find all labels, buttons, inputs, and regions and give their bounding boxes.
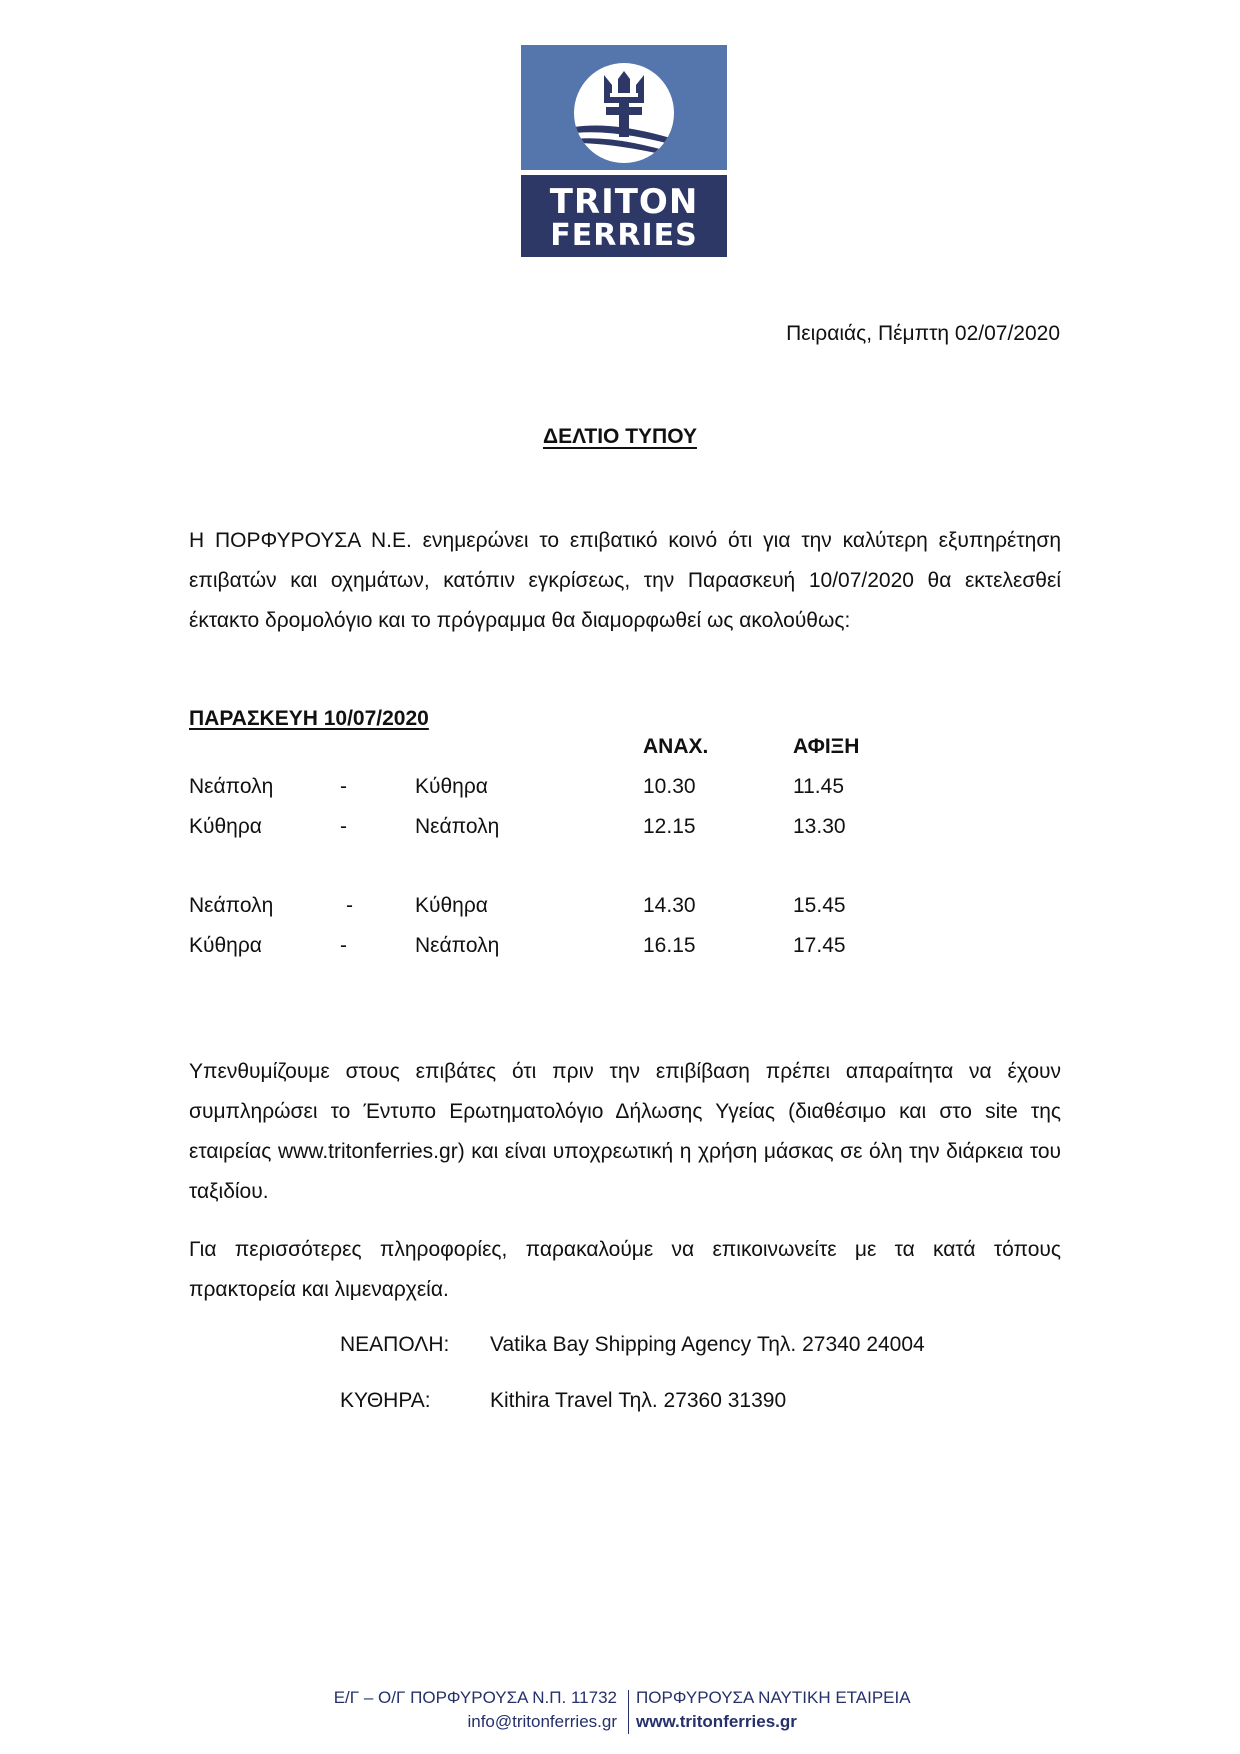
contact-label: ΝΕΑΠΟΛΗ: bbox=[340, 1333, 449, 1357]
route-from: Κύθηρα bbox=[189, 934, 262, 958]
column-header-departure: ΑΝΑΧ. bbox=[643, 735, 708, 759]
departure-time: 14.30 bbox=[643, 894, 696, 918]
departure-time: 12.15 bbox=[643, 815, 696, 839]
intro-text: Η ΠΟΡΦΥΡΟΥΣΑ Ν.Ε. ενημερώνει το επιβατικ… bbox=[189, 521, 1061, 641]
info-paragraph: Για περισσότερες πληροφορίες, παρακαλούμ… bbox=[189, 1230, 1061, 1310]
contact-label: ΚΥΘΗΡΑ: bbox=[340, 1389, 431, 1413]
route-separator: - bbox=[340, 775, 347, 799]
footer-website-link[interactable]: www.tritonferries.gr bbox=[636, 1712, 797, 1732]
route-separator: - bbox=[346, 894, 353, 918]
logo-wordmark: TRITON FERRIES bbox=[521, 185, 727, 251]
logo-emblem-circle bbox=[574, 63, 674, 163]
info-text: Για περισσότερες πληροφορίες, παρακαλούμ… bbox=[189, 1230, 1061, 1310]
logo-line-triton: TRITON bbox=[521, 185, 727, 219]
schedule-row: Νεάπολη - Κύθηρα 10.30 11.45 bbox=[0, 775, 1240, 815]
date-line: Πειραιάς, Πέμπτη 02/07/2020 bbox=[786, 322, 1060, 346]
contact-value: Kithira Travel Τηλ. 27360 31390 bbox=[490, 1389, 786, 1413]
arrival-time: 15.45 bbox=[793, 894, 846, 918]
route-separator: - bbox=[340, 934, 347, 958]
route-to: Κύθηρα bbox=[415, 894, 488, 918]
page-title: ΔΕΛΤΙΟ ΤΥΠΟΥ bbox=[0, 425, 1240, 449]
arrival-time: 13.30 bbox=[793, 815, 846, 839]
intro-paragraph: Η ΠΟΡΦΥΡΟΥΣΑ Ν.Ε. ενημερώνει το επιβατικ… bbox=[189, 521, 1061, 641]
schedule-heading: ΠΑΡΑΣΚΕΥΗ 10/07/2020 bbox=[189, 707, 429, 731]
route-from: Νεάπολη bbox=[189, 775, 273, 799]
column-header-arrival: ΑΦΙΞΗ bbox=[793, 735, 859, 759]
page-title-text: ΔΕΛΤΙΟ ΤΥΠΟΥ bbox=[543, 425, 697, 448]
arrival-time: 17.45 bbox=[793, 934, 846, 958]
footer-email-link[interactable]: info@tritonferries.gr bbox=[467, 1712, 617, 1732]
footer-divider bbox=[628, 1690, 629, 1734]
reminder-text: Υπενθυμίζουμε στους επιβάτες ότι πριν τη… bbox=[189, 1052, 1061, 1212]
schedule-heading-text: ΠΑΡΑΣΚΕΥΗ 10/07/2020 bbox=[189, 707, 429, 730]
arrival-time: 11.45 bbox=[793, 775, 844, 799]
contact-value: Vatika Bay Shipping Agency Τηλ. 27340 24… bbox=[490, 1333, 925, 1357]
logo-line-ferries: FERRIES bbox=[521, 221, 727, 251]
schedule-row: Κύθηρα - Νεάπολη 12.15 13.30 bbox=[0, 815, 1240, 855]
route-from: Κύθηρα bbox=[189, 815, 262, 839]
footer-vessel-registration: Ε/Γ – Ο/Γ ΠΟΡΦΥΡΟΥΣΑ Ν.Π. 11732 bbox=[334, 1688, 617, 1708]
route-to: Νεάπολη bbox=[415, 934, 499, 958]
departure-time: 10.30 bbox=[643, 775, 696, 799]
triton-ferries-logo: TRITON FERRIES bbox=[521, 45, 727, 257]
schedule-row: Κύθηρα - Νεάπολη 16.15 17.45 bbox=[0, 934, 1240, 974]
departure-time: 16.15 bbox=[643, 934, 696, 958]
route-from: Νεάπολη bbox=[189, 894, 273, 918]
footer-company-name: ΠΟΡΦΥΡΟΥΣΑ ΝΑΥΤΙΚΗ ΕΤΑΙΡΕΙΑ bbox=[636, 1688, 911, 1708]
reminder-paragraph: Υπενθυμίζουμε στους επιβάτες ότι πριν τη… bbox=[189, 1052, 1061, 1212]
route-separator: - bbox=[340, 815, 347, 839]
schedule-row: Νεάπολη - Κύθηρα 14.30 15.45 bbox=[0, 894, 1240, 934]
route-to: Νεάπολη bbox=[415, 815, 499, 839]
trident-wave-icon bbox=[574, 63, 674, 163]
route-to: Κύθηρα bbox=[415, 775, 488, 799]
